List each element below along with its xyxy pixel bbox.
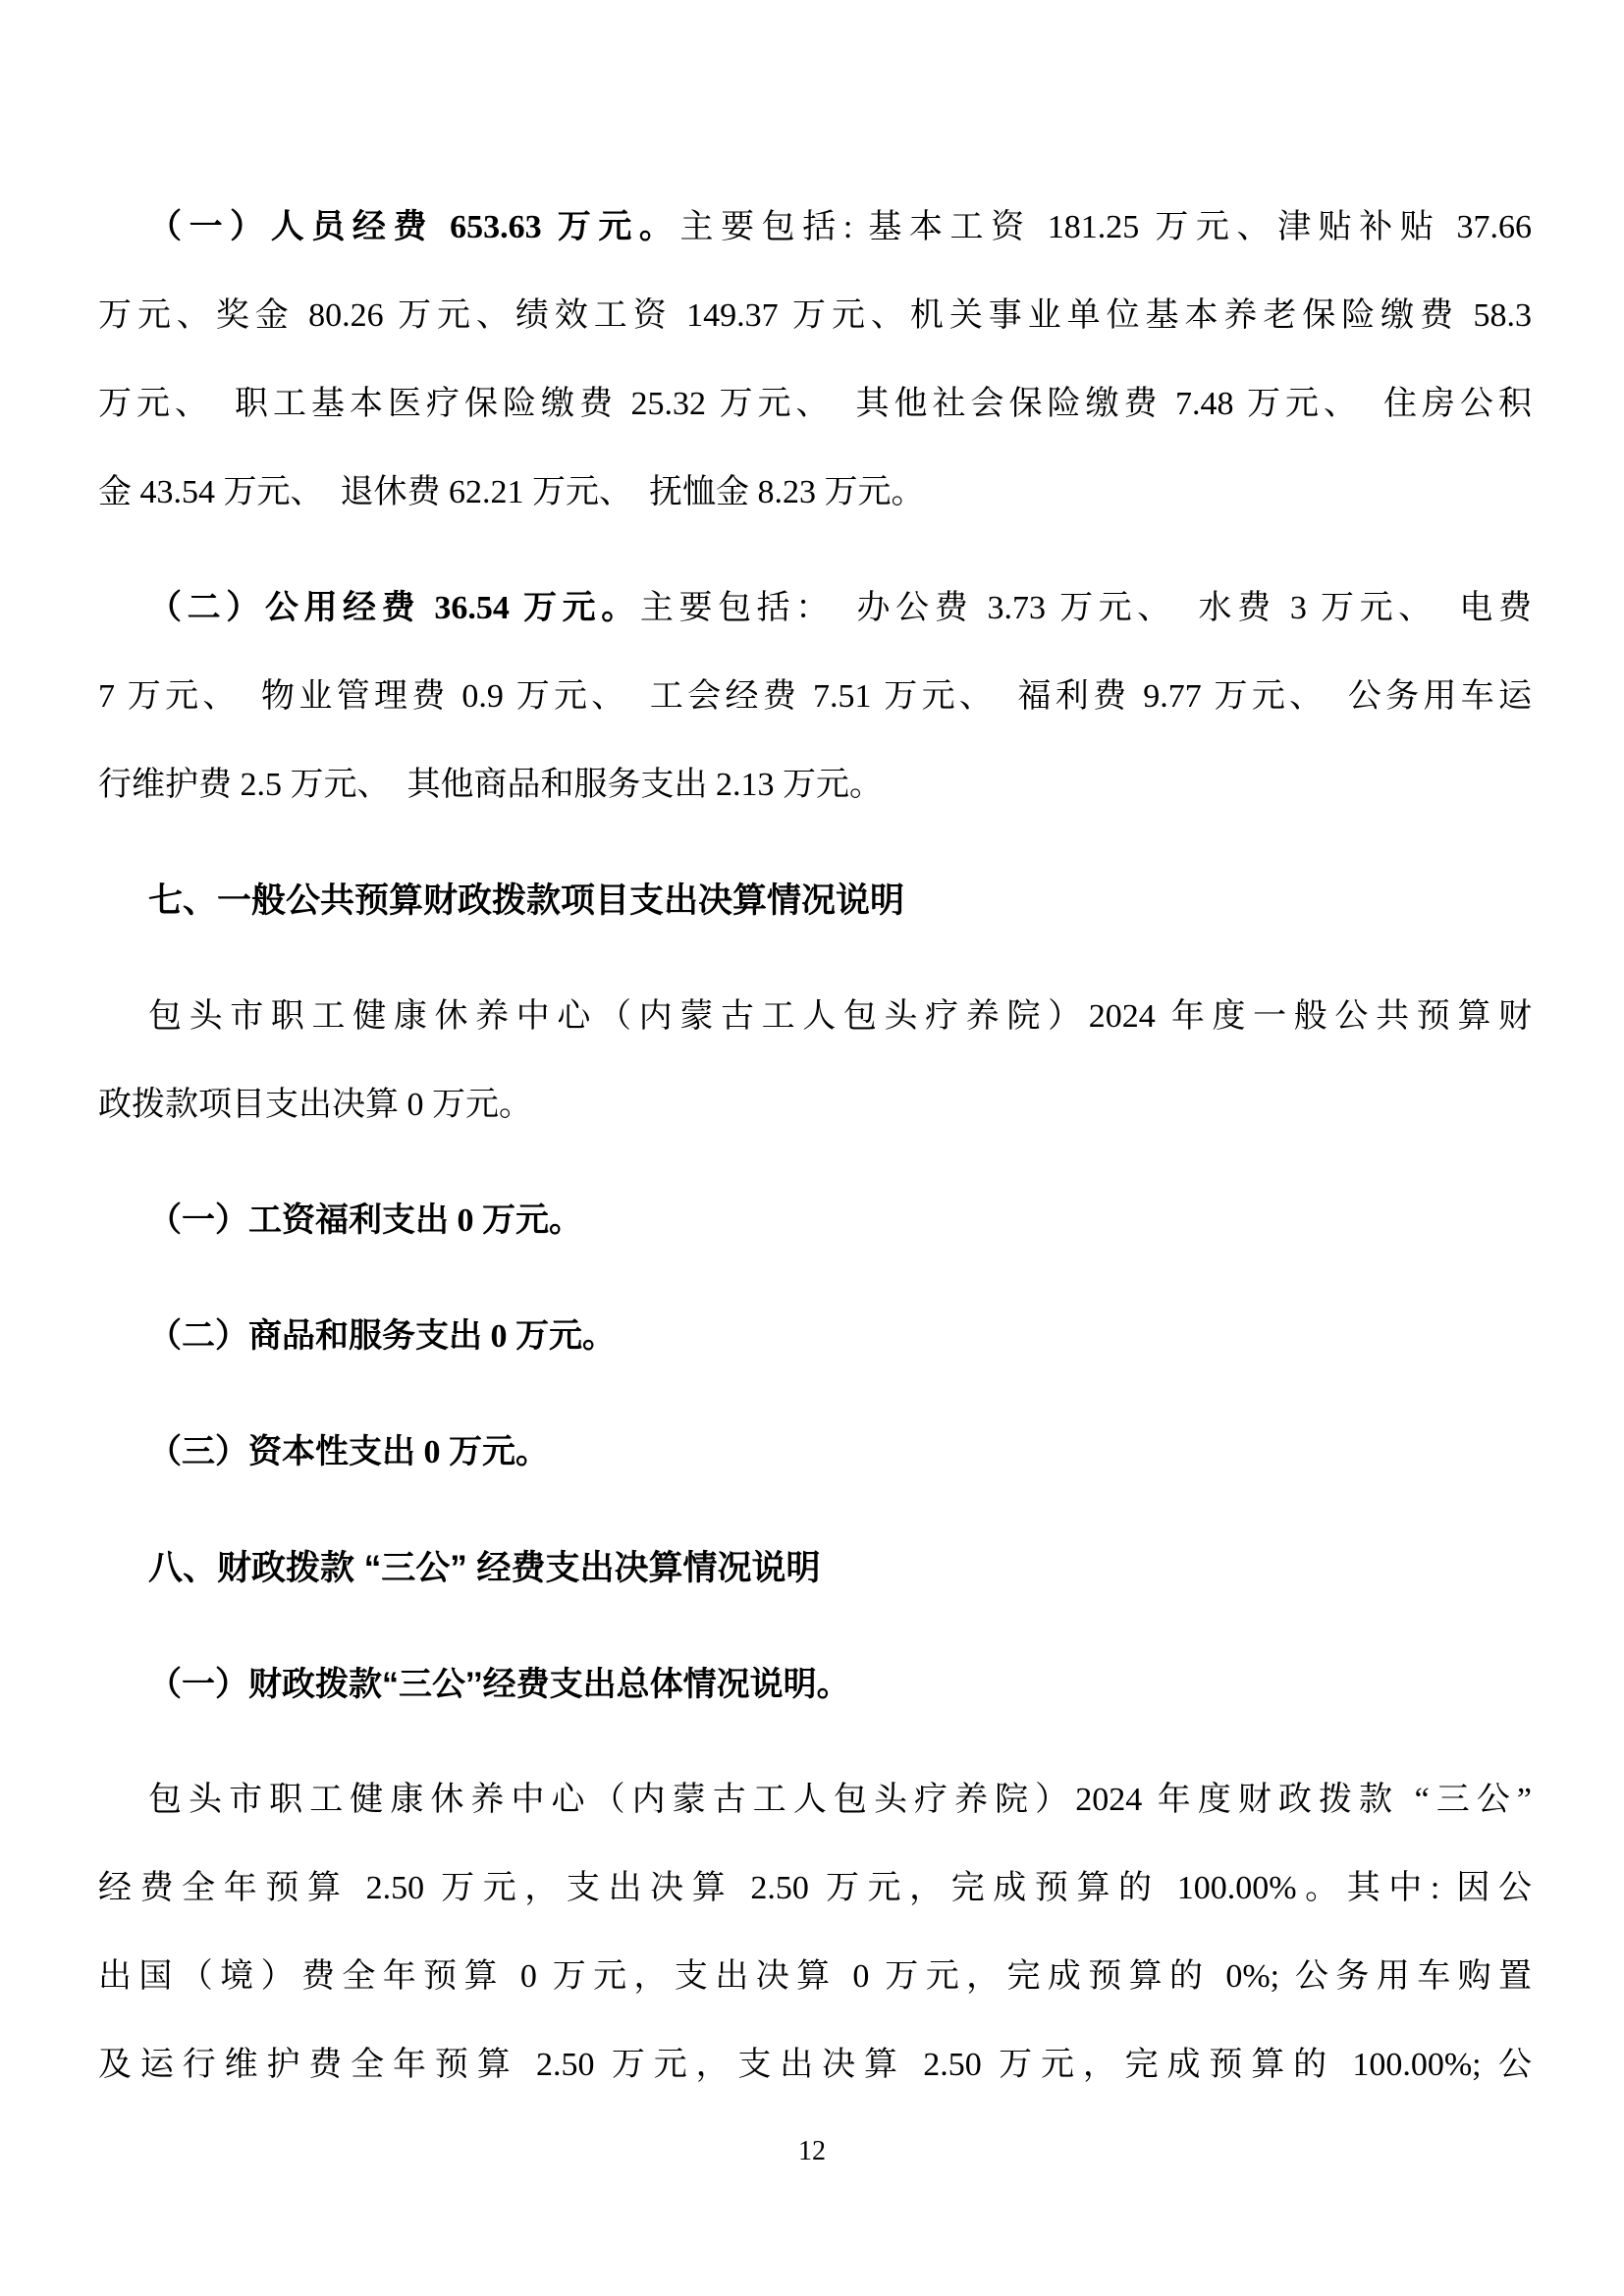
para-personnel-line1-rest: 主要包括: 基本工资 181.25 万元、津贴补贴 37.66 (680, 209, 1533, 245)
text-line: 行维护费 2.5 万元、 其他商品和服务支出 2.13 万元。 (98, 741, 1532, 829)
para-personnel-lead-bold: （一）人员经费 653.63 万元。 (148, 209, 680, 245)
text-line: 出国（境）费全年预算 0 万元，支出决算 0 万元，完成预算的 0%; 公务用车… (98, 1933, 1532, 2021)
text-line: （一）人员经费 653.63 万元。主要包括: 基本工资 181.25 万元、津… (98, 184, 1532, 272)
document-body: （一）人员经费 653.63 万元。主要包括: 基本工资 181.25 万元、津… (98, 184, 1532, 2137)
text-line: 及运行维护费全年预算 2.50 万元，支出决算 2.50 万元，完成预算的 10… (98, 2021, 1532, 2109)
text-line: 包头市职工健康休养中心（内蒙古工人包头疗养院）2024 年度财政拨款 “三公” (98, 1756, 1532, 1844)
text-line: 万元、 职工基本医疗保险缴费 25.32 万元、 其他社会保险缴费 7.48 万… (98, 360, 1532, 449)
section7-heading: 七、一般公共预算财政拨款项目支出决算情况说明 (98, 857, 1532, 945)
para-public-expense: （二）公用经费 36.54 万元。主要包括： 办公费 3.73 万元、 水费 3… (98, 564, 1532, 829)
text-line: 7 万元、 物业管理费 0.9 万元、 工会经费 7.51 万元、 福利费 9.… (98, 653, 1532, 741)
para-section8-summary: 包头市职工健康休养中心（内蒙古工人包头疗养院）2024 年度财政拨款 “三公” … (98, 1756, 1532, 2109)
para-personnel-expense: （一）人员经费 653.63 万元。主要包括: 基本工资 181.25 万元、津… (98, 184, 1532, 537)
text-line: 包头市职工健康休养中心（内蒙古工人包头疗养院）2024 年度一般公共预算财 (98, 973, 1532, 1061)
para-section7-summary: 包头市职工健康休养中心（内蒙古工人包头疗养院）2024 年度一般公共预算财 政拨… (98, 973, 1532, 1149)
text-line: （二）公用经费 36.54 万元。主要包括： 办公费 3.73 万元、 水费 3… (98, 564, 1532, 653)
section8-subheading: （一）财政拨款“三公’’经费支出总体情况说明。 (98, 1640, 1532, 1729)
section7-item-capital: （三）资本性支出 0 万元。 (98, 1409, 1532, 1497)
text-line: 万元、奖金 80.26 万元、绩效工资 149.37 万元、机关事业单位基本养老… (98, 272, 1532, 360)
document-page: （一）人员经费 653.63 万元。主要包括: 基本工资 181.25 万元、津… (0, 0, 1624, 2296)
section7-item-salary: （一）工资福利支出 0 万元。 (98, 1177, 1532, 1265)
page-number: 12 (0, 2132, 1624, 2171)
para-public-lead-bold: （二）公用经费 36.54 万元。 (148, 590, 640, 626)
text-line: 经费全年预算 2.50 万元，支出决算 2.50 万元，完成预算的 100.00… (98, 1844, 1532, 1933)
section8-heading: 八、财政拨款 “三公” 经费支出决算情况说明 (98, 1524, 1532, 1613)
section7-item-goods-services: （二）商品和服务支出 0 万元。 (98, 1293, 1532, 1381)
text-line: 政拨款项目支出决算 0 万元。 (98, 1061, 1532, 1149)
para-public-line1-rest: 主要包括： 办公费 3.73 万元、 水费 3 万元、 电费 (640, 590, 1532, 626)
text-line: 金 43.54 万元、 退休费 62.21 万元、 抚恤金 8.23 万元。 (98, 449, 1532, 537)
